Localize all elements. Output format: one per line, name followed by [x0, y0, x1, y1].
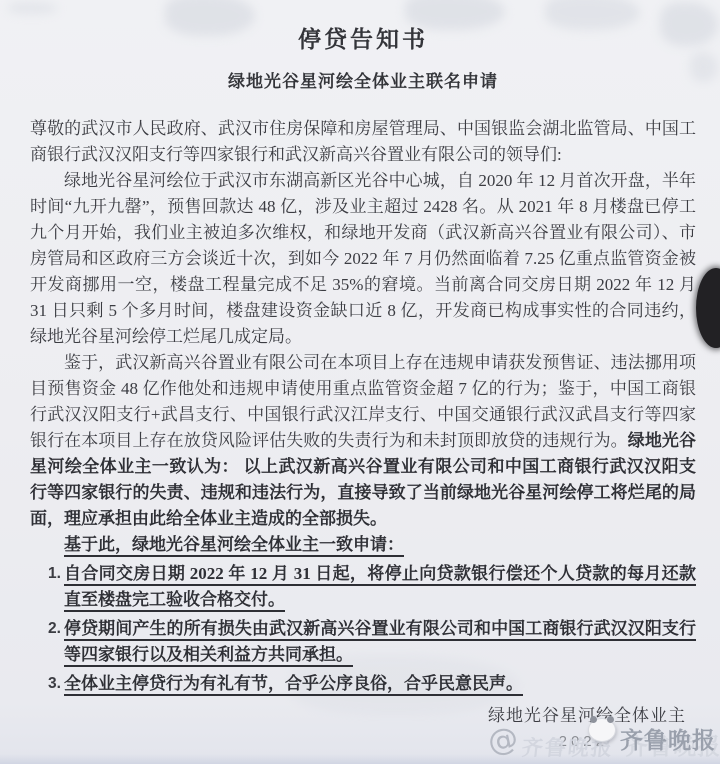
paragraph-accusations: 鉴于，武汉新高兴谷置业有限公司在本项目上存在违规申请获发预售证、违法挪用项目预售… — [30, 350, 696, 532]
document-photo: 停贷告知书 绿地光谷星河绘全体业主联名申请 尊敬的武汉市人民政府、武汉市住房保障… — [0, 0, 720, 764]
doc-title: 停贷告知书 — [30, 24, 696, 56]
photo-smudge — [8, 2, 58, 14]
notice-document: 停贷告知书 绿地光谷星河绘全体业主联名申请 尊敬的武汉市人民政府、武汉市住房保障… — [30, 24, 696, 755]
paragraph-project-status: 绿地光谷星河绘位于武汉市东湖高新区光谷中心城，自 2020 年 12 月首次开盘… — [30, 168, 696, 350]
doc-subtitle: 绿地光谷星河绘全体业主联名申请 — [30, 70, 696, 94]
date-line-partial: 2022 — [30, 729, 696, 755]
petition-item-2: 2. 停贷期间产生的所有损失由武汉新高兴谷置业有限公司和中国工商银行武汉汉阳支行… — [30, 616, 696, 668]
photo-edge-dark-blob — [696, 268, 720, 348]
accusations-normal-text: 鉴于，武汉新高兴谷置业有限公司在本项目上存在违规申请获发预售证、违法挪用项目预售… — [30, 353, 696, 450]
petition-item-1: 1. 自合同交房日期 2022 年 12 月 31 日起，将停止向贷款银行偿还个… — [30, 561, 696, 613]
item-text: 自合同交房日期 2022 年 12 月 31 日起，将停止向贷款银行偿还个人贷款… — [64, 561, 696, 613]
petition-item-3: 3. 全体业主停贷行为有礼有节，合乎公序良俗，合乎民意民声。 — [30, 671, 696, 697]
photo-bottom-shadow — [0, 754, 720, 764]
signature-line: 绿地光谷星河绘全体业主 — [30, 703, 696, 729]
item-text: 全体业主停贷行为有礼有节，合乎公序良俗，合乎民意民声。 — [64, 671, 696, 697]
petition-list: 1. 自合同交房日期 2022 年 12 月 31 日起，将停止向贷款银行偿还个… — [30, 561, 696, 697]
item-number: 1. — [30, 561, 64, 613]
petition-lead-text: 基于此，绿地光谷星河绘全体业主一致申请： — [64, 535, 404, 554]
petition-lead: 基于此，绿地光谷星河绘全体业主一致申请： — [30, 532, 696, 558]
item-text: 停贷期间产生的所有损失由武汉新高兴谷置业有限公司和中国工商银行武汉汉阳支行等四家… — [64, 616, 696, 668]
salutation: 尊敬的武汉市人民政府、武汉市住房保障和房屋管理局、中国银监会湖北监管局、中国工商… — [30, 116, 696, 168]
item-number: 3. — [30, 671, 64, 697]
item-number: 2. — [30, 616, 64, 668]
